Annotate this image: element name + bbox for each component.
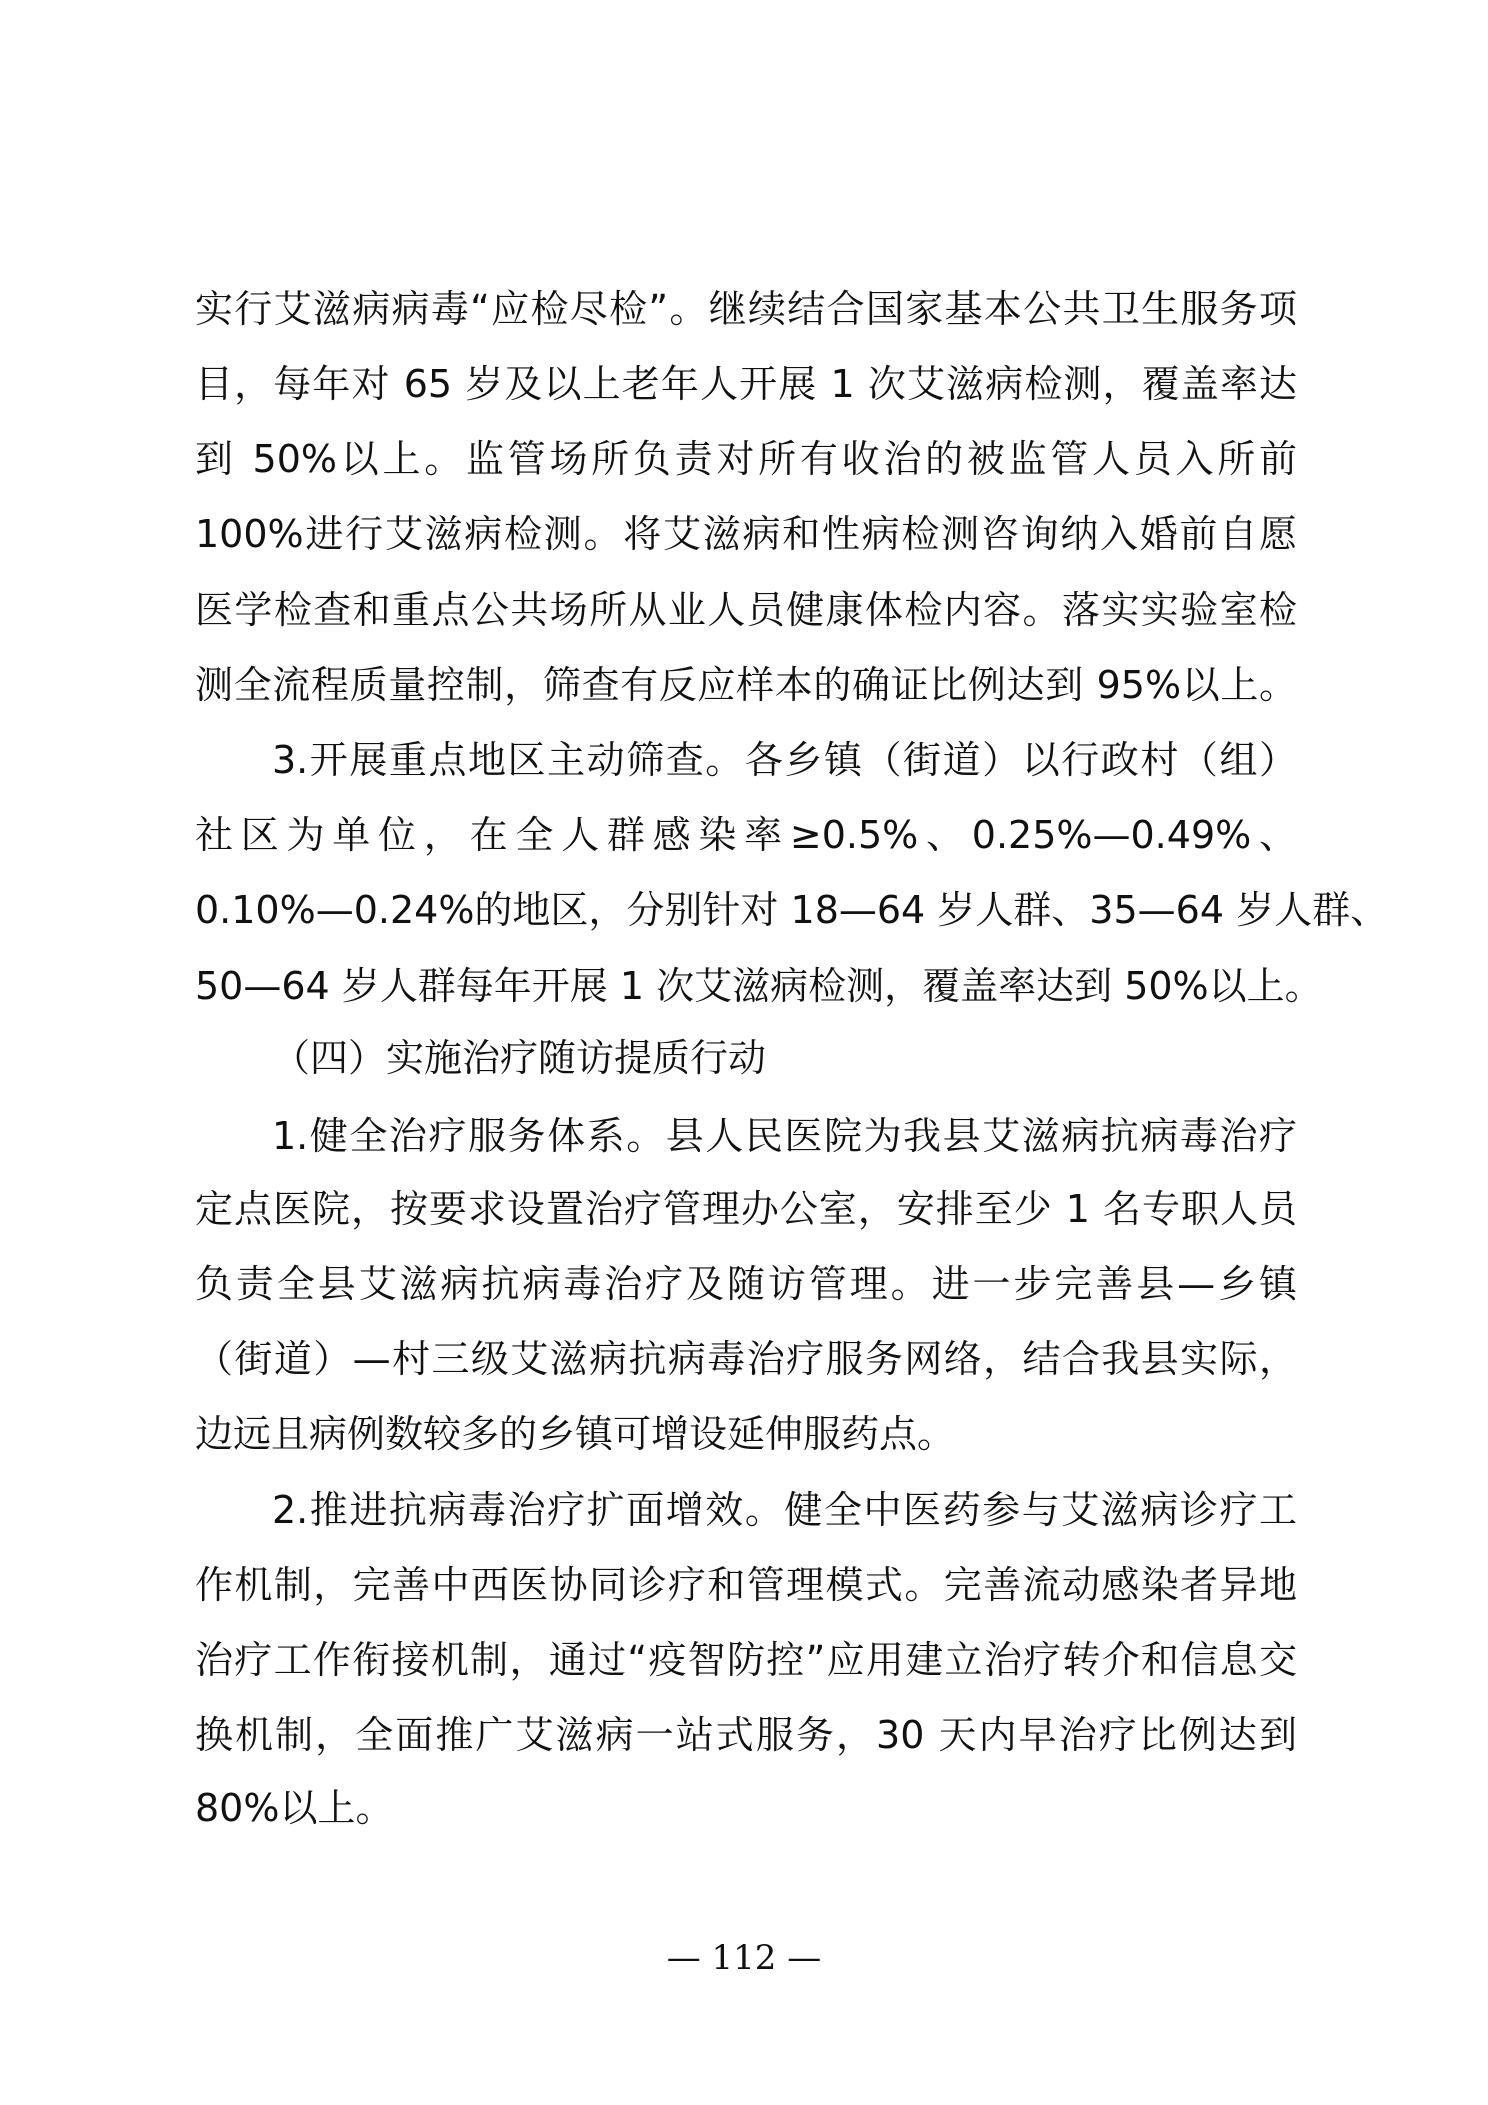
paragraph-line: 0.10%—0.24%的地区，分别针对 18—64 岁人群、35—64 岁人群、: [195, 880, 1297, 940]
paragraph-line: 医学检查和重点公共场所从业人员健康体检内容。落实实验室检: [195, 580, 1297, 640]
paragraph-line: 1.健全治疗服务体系。县人民医院为我县艾滋病抗病毒治疗: [272, 1106, 1297, 1166]
section-heading: （四）实施治疗随访提质行动: [272, 1028, 766, 1088]
paragraph-line: 换机制，全面推广艾滋病一站式服务，30 天内早治疗比例达到: [195, 1705, 1297, 1765]
paragraph-line: （街道）—村三级艾滋病抗病毒治疗服务网络，结合我县实际，: [195, 1329, 1297, 1389]
paragraph-line: 社区为单位，在全人群感染率≥0.5%、0.25%—0.49%、: [195, 805, 1297, 865]
paragraph-line: 目，每年对 65 岁及以上老年人开展 1 次艾滋病检测，覆盖率达: [195, 354, 1297, 414]
paragraph-line: 50—64 岁人群每年开展 1 次艾滋病检测，覆盖率达到 50%以上。: [195, 956, 1297, 1016]
paragraph-line: 作机制，完善中西医协同诊疗和管理模式。完善流动感染者异地: [195, 1555, 1297, 1615]
paragraph-line: 3.开展重点地区主动筛查。各乡镇（街道）以行政村（组）: [272, 730, 1297, 790]
paragraph-line: 边远且病例数较多的乡镇可增设延伸服药点。: [195, 1404, 1297, 1464]
document-page: 实行艾滋病病毒“应检尽检”。继续结合国家基本公共卫生服务项 目，每年对 65 岁…: [0, 0, 1488, 2105]
paragraph-line: 定点医院，按要求设置治疗管理办公室，安排至少 1 名专职人员: [195, 1179, 1297, 1239]
paragraph-line: 到 50%以上。监管场所负责对所有收治的被监管人员入所前: [195, 429, 1297, 489]
paragraph-line: 治疗工作衔接机制，通过“疫智防控”应用建立治疗转介和信息交: [195, 1630, 1297, 1690]
paragraph-line: 负责全县艾滋病抗病毒治疗及随访管理。进一步完善县—乡镇: [195, 1254, 1297, 1314]
paragraph-line: 2.推进抗病毒治疗扩面增效。健全中医药参与艾滋病诊疗工: [272, 1480, 1297, 1540]
paragraph-line: 实行艾滋病病毒“应检尽检”。继续结合国家基本公共卫生服务项: [195, 279, 1297, 339]
paragraph-line: 80%以上。: [195, 1778, 1297, 1838]
paragraph-line: 测全流程质量控制，筛查有反应样本的确证比例达到 95%以上。: [195, 655, 1297, 715]
paragraph-line: 100%进行艾滋病检测。将艾滋病和性病检测咨询纳入婚前自愿: [195, 504, 1297, 564]
page-number: — 112 —: [0, 1938, 1488, 1978]
